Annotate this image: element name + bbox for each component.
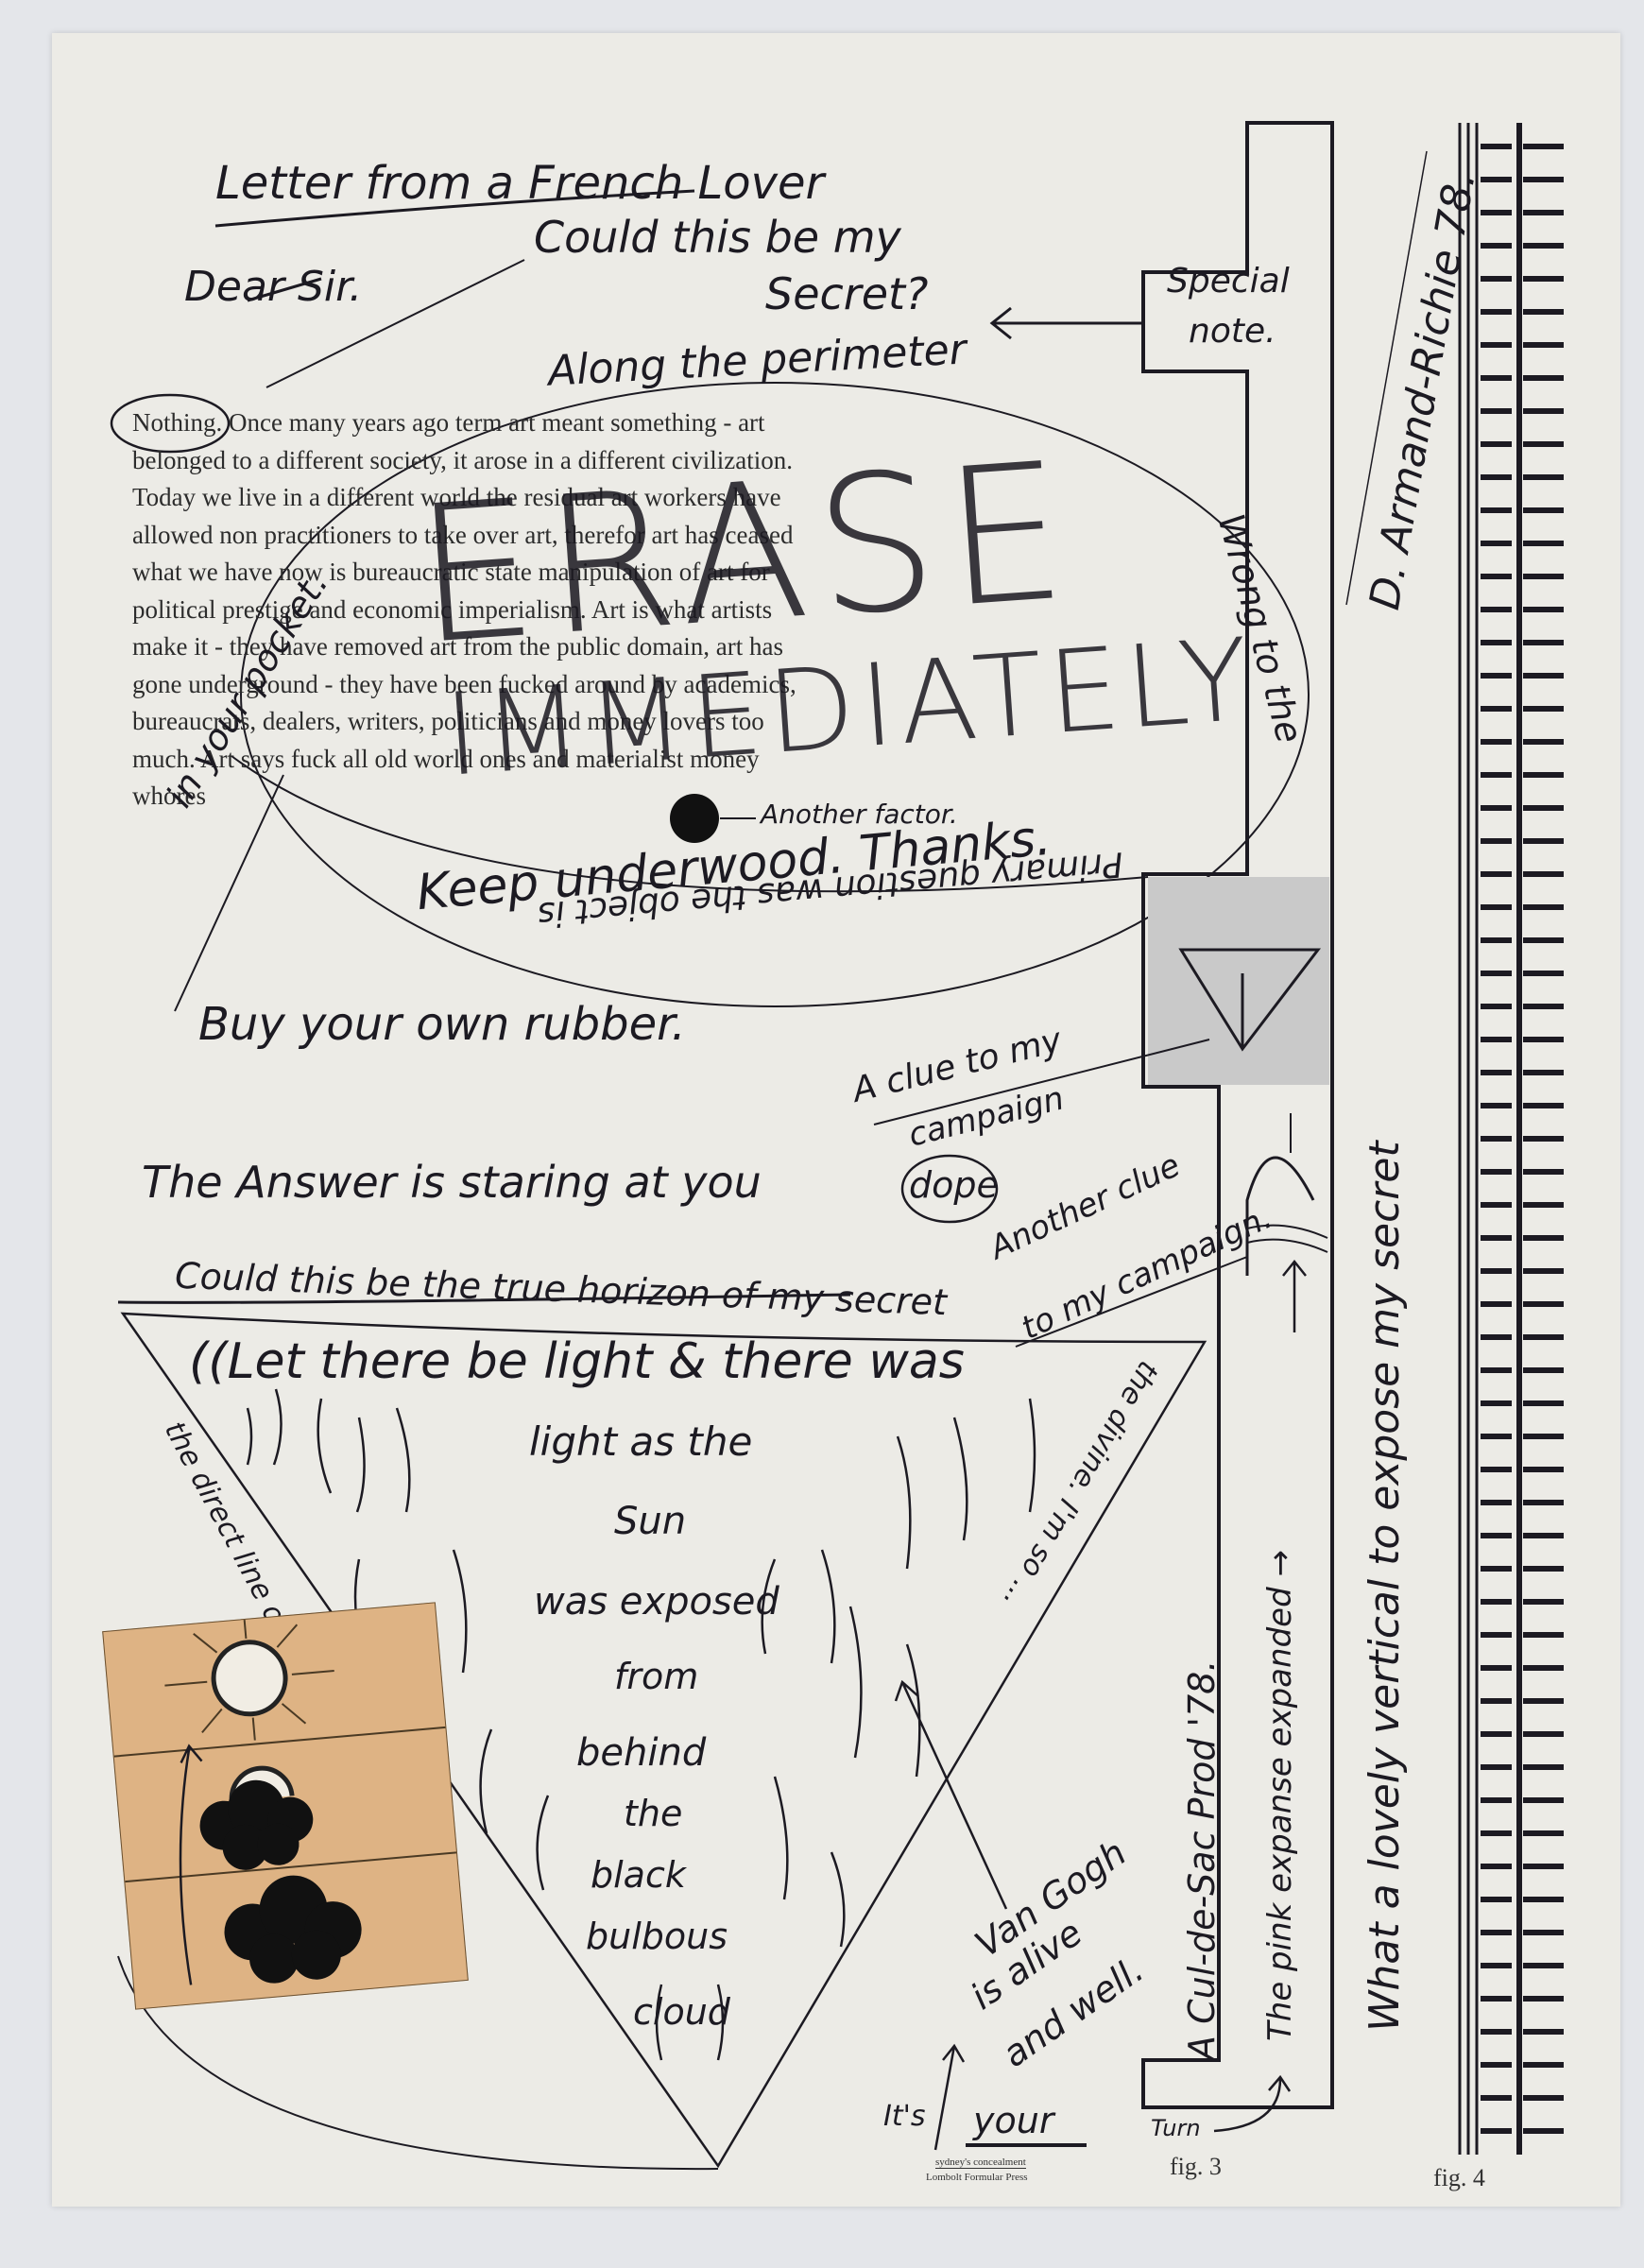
special-note-1: Special — [1167, 265, 1290, 299]
press-imprint-2: Lombolt Formular Press — [926, 2172, 1028, 2183]
special-note-2: note. — [1189, 315, 1276, 349]
light-line-1: light as the — [529, 1422, 752, 1462]
question-line-1: Could this be my — [534, 215, 901, 259]
light-line-5: behind — [576, 1734, 706, 1772]
pink-expanse-note: The pink expanse expanded → — [1261, 1550, 1299, 2041]
light-line-8: bulbous — [586, 1918, 728, 1954]
lovely-vertical-note: What a lovely vertical to expose my secr… — [1361, 1141, 1409, 2032]
its-note: It's — [883, 2103, 926, 2131]
buy-note: Buy your own rubber. — [198, 1002, 686, 1047]
weather-card — [102, 1602, 469, 2009]
turn-note: Turn — [1151, 2117, 1201, 2139]
fig4-label: fig. 4 — [1433, 2164, 1485, 2192]
sun-behind-cloud-icon — [196, 1764, 317, 1874]
answer-note: The Answer is staring at you — [142, 1160, 762, 1204]
dope-note: dope — [909, 1167, 999, 1203]
light-line-2: Sun — [614, 1503, 686, 1540]
light-line-9: cloud — [633, 1994, 730, 2030]
question-line-2: Secret? — [765, 272, 928, 316]
weather-icons — [103, 1603, 468, 2008]
cloud-icon — [220, 1870, 366, 1987]
title: Letter from a French Lover — [215, 161, 824, 206]
light-line-4: from — [614, 1658, 698, 1694]
your-note: your — [973, 2103, 1053, 2139]
light-line-3: was exposed — [534, 1583, 779, 1621]
salutation: Dear Sir. — [184, 266, 362, 308]
light-line-7: black — [591, 1857, 686, 1893]
cul-de-sac-note: A Cul-de-Sac Prod '78. — [1181, 1660, 1223, 2060]
light-line-0: ((Let there be light & there was — [189, 1337, 965, 1386]
light-line-6: the — [624, 1795, 682, 1831]
press-imprint-1: sydney's concealment — [935, 2156, 1026, 2169]
sun-icon — [160, 1612, 339, 1747]
fig3-label: fig. 3 — [1170, 2153, 1222, 2181]
